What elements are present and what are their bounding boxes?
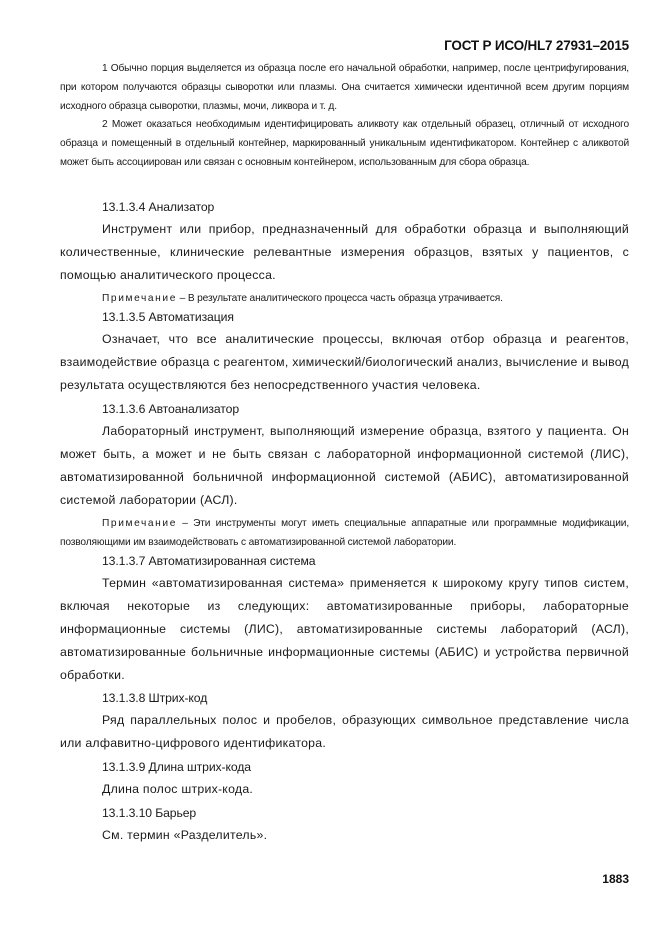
note-label: Примечание [102,293,177,304]
section-barrier: 13.1.3.10 Барьер См. термин «Разделитель… [60,802,629,847]
section-body: Лабораторный инструмент, выполняющий изм… [60,420,629,512]
section-body: Означает, что все аналитические процессы… [60,328,629,397]
section-barcode-length: 13.1.3.9 Длина штрих-кода Длина полос шт… [60,756,629,801]
section-body: Ряд параллельных полос и пробелов, образ… [60,709,629,755]
section-analyzer: 13.1.3.4 Анализатор Инструмент или прибо… [60,196,629,308]
section-body: Длина полос штрих-кода. [60,778,629,801]
note-1: 1 Обычно порция выделяется из образца по… [60,60,629,116]
section-heading: 13.1.3.6 Автоанализатор [60,398,629,420]
section-body: Термин «автоматизированная система» прим… [60,572,629,687]
section-body: См. термин «Разделитель». [60,824,629,847]
section-heading: 13.1.3.9 Длина штрих-кода [60,756,629,778]
section-autoanalyzer: 13.1.3.6 Автоанализатор Лабораторный инс… [60,398,629,552]
section-heading: 13.1.3.4 Анализатор [60,196,629,218]
section-barcode: 13.1.3.8 Штрих-код Ряд параллельных поло… [60,687,629,755]
notes-block: 1 Обычно порция выделяется из образца по… [60,60,629,173]
page-number: 1883 [602,872,629,886]
note-text: – В результате аналитического процесса ч… [177,293,503,304]
section-heading: 13.1.3.10 Барьер [60,802,629,824]
section-body: Инструмент или прибор, предназначенный д… [60,218,629,287]
note-label: Примечание [102,518,177,529]
document-page: ГОСТ Р ИСО/HL7 27931–2015 1 Обычно порци… [0,0,661,935]
section-heading: 13.1.3.8 Штрих-код [60,687,629,709]
section-automation: 13.1.3.5 Автоматизация Означает, что все… [60,306,629,397]
section-heading: 13.1.3.5 Автоматизация [60,306,629,328]
section-automated-system: 13.1.3.7 Автоматизированная система Терм… [60,550,629,687]
section-heading: 13.1.3.7 Автоматизированная система [60,550,629,572]
section-note: Примечание – Эти инструменты могут иметь… [60,514,629,552]
standard-header: ГОСТ Р ИСО/HL7 27931–2015 [444,38,629,53]
note-2: 2 Может оказаться необходимым идентифици… [60,116,629,172]
